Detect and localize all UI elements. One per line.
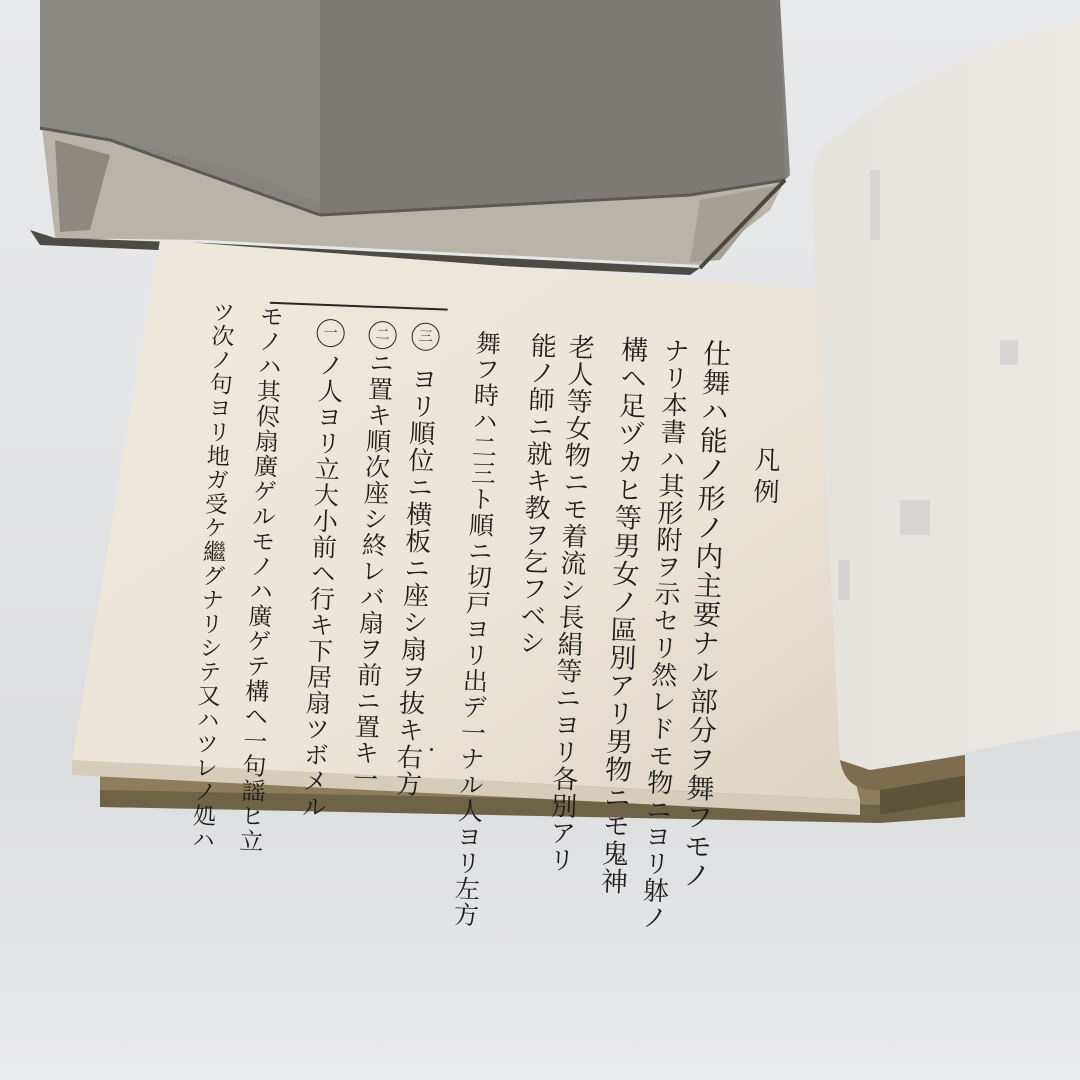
page-heading: 凡例: [750, 445, 778, 510]
page-text-block: 凡例 仕舞ハ能ノ形ノ内主要ナル部分ヲ舞フモノ ナリ本書ハ其形附ヲ示セリ然レドモ物…: [142, 277, 818, 742]
horizontal-rule: [270, 302, 448, 310]
circled-number-one: 一: [316, 319, 345, 348]
circled-number-two: 二: [368, 321, 397, 350]
circled-number-three: 三: [411, 322, 440, 351]
text-column-5: 能ノ師ニ就キ教ヲ乞フベシ: [516, 332, 554, 657]
text-column-8: ニ置キ順次座シ終レバ扇ヲ前ニ置キ一: [351, 350, 393, 793]
ink-dot: [430, 748, 433, 751]
